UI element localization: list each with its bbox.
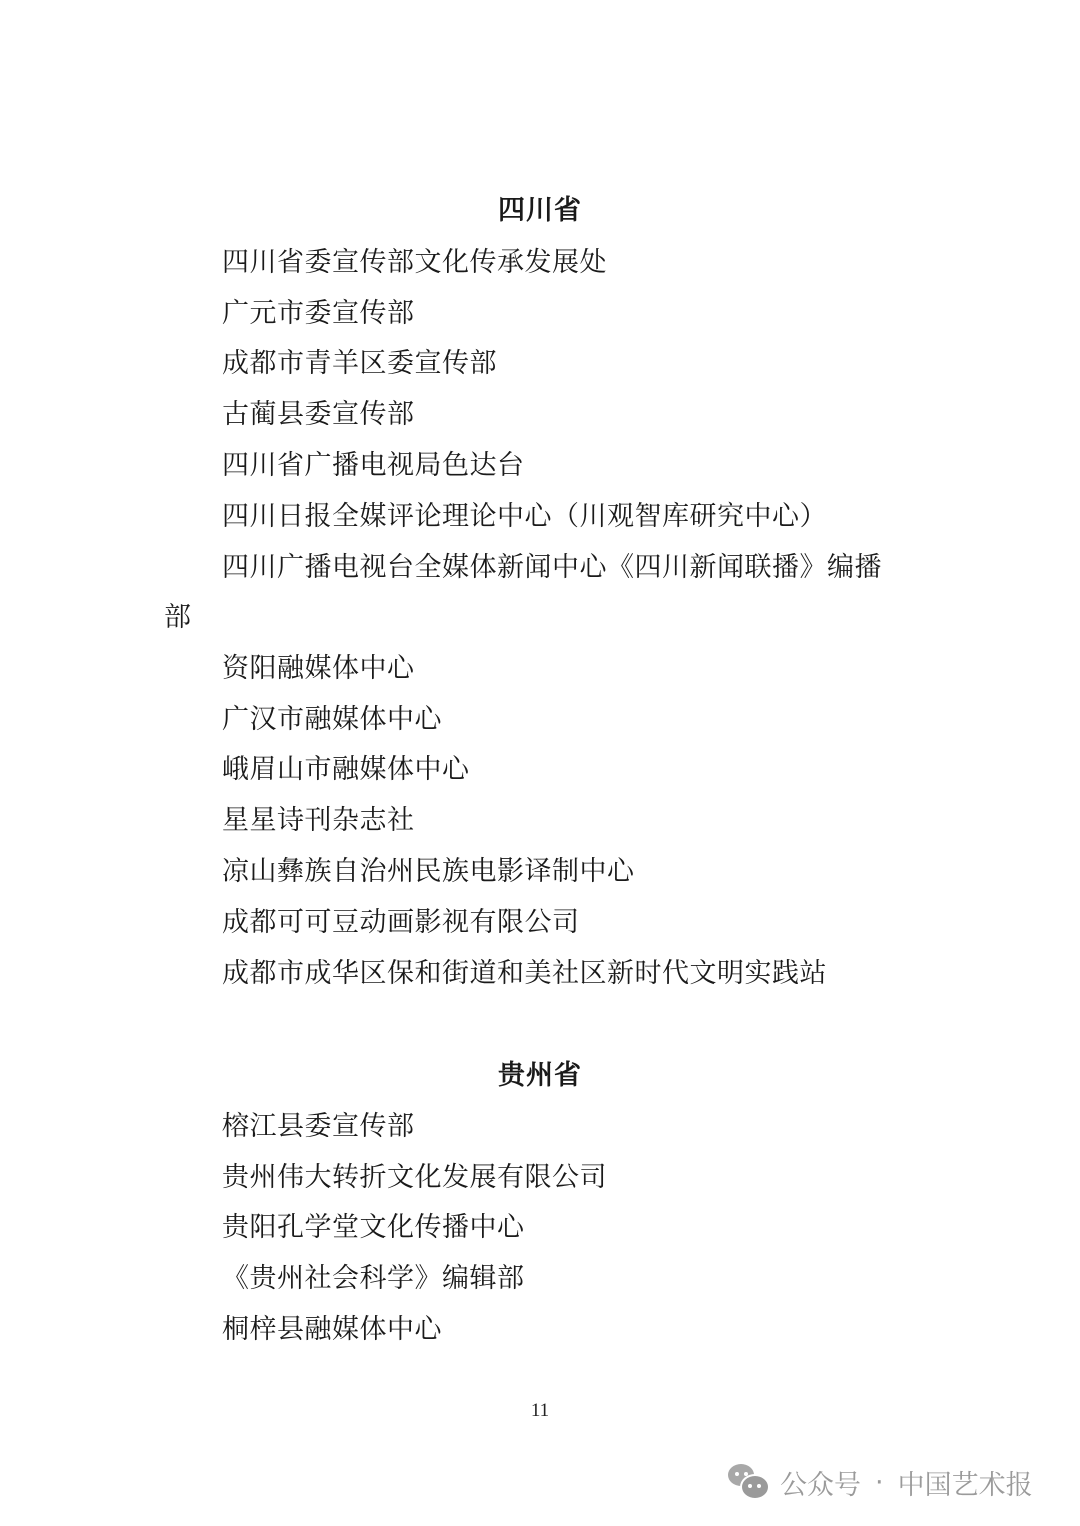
list-item: 四川日报全媒评论理论中心（川观智库研究中心） [222, 499, 827, 535]
wechat-icon [726, 1462, 770, 1502]
list-item: 桐梓县融媒体中心 [222, 1312, 442, 1348]
list-item: 星星诗刊杂志社 [222, 803, 415, 839]
section-heading-guizhou: 贵州省 [0, 1058, 1080, 1094]
list-item: 四川省委宣传部文化传承发展处 [222, 245, 607, 281]
list-item: 榕江县委宣传部 [222, 1109, 415, 1145]
watermark-separator: · [875, 1467, 884, 1498]
watermark-account: 中国艺术报 [898, 1463, 1033, 1502]
list-item-wrap-continuation: 部 [164, 600, 191, 636]
list-item: 四川广播电视台全媒体新闻中心《四川新闻联播》编播 [222, 550, 882, 586]
list-item: 《贵州社会科学》编辑部 [222, 1261, 525, 1297]
list-item: 广元市委宣传部 [222, 296, 415, 332]
list-item: 贵州伟大转折文化发展有限公司 [222, 1160, 607, 1196]
list-item: 古蔺县委宣传部 [222, 397, 415, 433]
list-item: 四川省广播电视局色达台 [222, 448, 525, 484]
list-item: 凉山彝族自治州民族电影译制中心 [222, 854, 635, 890]
list-item: 贵阳孔学堂文化传播中心 [222, 1210, 525, 1246]
list-item: 成都可可豆动画影视有限公司 [222, 905, 580, 941]
watermark-label: 公众号 [780, 1463, 861, 1502]
list-item: 成都市成华区保和街道和美社区新时代文明实践站 [222, 956, 827, 992]
list-item: 成都市青羊区委宣传部 [222, 346, 497, 382]
document-page: 四川省 四川省委宣传部文化传承发展处 广元市委宣传部 成都市青羊区委宣传部 古蔺… [0, 0, 1080, 1526]
list-item: 资阳融媒体中心 [222, 651, 415, 687]
list-item: 广汉市融媒体中心 [222, 702, 442, 738]
watermark: 公众号 · 中国艺术报 [726, 1462, 1033, 1502]
section-heading-sichuan: 四川省 [0, 193, 1080, 229]
list-item: 峨眉山市融媒体中心 [222, 752, 470, 788]
page-number: 11 [0, 1400, 1080, 1422]
